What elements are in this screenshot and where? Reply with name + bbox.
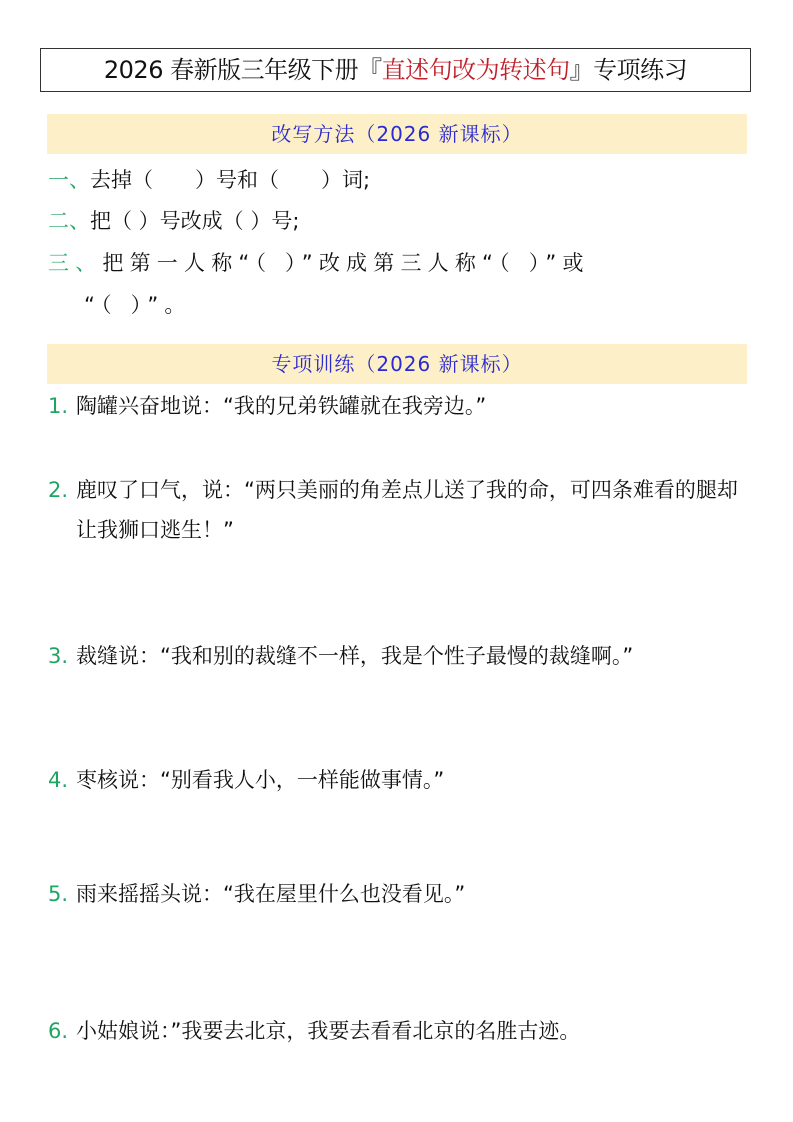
question-3: 3. 裁缝说：“我和别的裁缝不一样，我是个性子最慢的裁缝啊。” — [48, 636, 748, 676]
question-1: 1. 陶罐兴奋地说：“我的兄弟铁罐就在我旁边。” — [48, 386, 748, 426]
question-number: 4. — [48, 760, 68, 800]
method-item-2: 二、把（ ）号改成（ ）号; — [48, 205, 299, 235]
practice-heading: 专项训练（2026 新课标） — [47, 344, 747, 384]
method-text: 把（ ）号改成（ ）号; — [90, 209, 299, 233]
question-number: 3. — [48, 636, 68, 676]
question-text: 枣核说：“别看我人小，一样能做事情。” — [76, 760, 748, 800]
method-item-1: 一、去掉（ ）号和（ ）词; — [48, 164, 370, 194]
question-text: 雨来摇摇头说：“我在屋里什么也没看见。” — [76, 874, 748, 914]
method-item-3-continuation: “（ ）”。 — [84, 289, 192, 319]
question-number: 6. — [48, 1011, 68, 1051]
method-item-3: 三、把第一人称“（ ）”改成第三人称“（ ）”或 — [48, 247, 590, 277]
method-text: 把第一人称“（ ）”改成第三人称“（ ）”或 — [102, 251, 589, 275]
question-text: 陶罐兴奋地说：“我的兄弟铁罐就在我旁边。” — [76, 386, 748, 426]
method-number: 三、 — [48, 251, 102, 275]
title-highlight: 直述句改为转述句 — [382, 56, 570, 84]
question-4: 4. 枣核说：“别看我人小，一样能做事情。” — [48, 760, 748, 800]
method-text: 去掉（ ）号和（ ）词; — [90, 168, 370, 192]
question-text: 裁缝说：“我和别的裁缝不一样，我是个性子最慢的裁缝啊。” — [76, 636, 716, 676]
question-number: 1. — [48, 386, 68, 426]
question-5: 5. 雨来摇摇头说：“我在屋里什么也没看见。” — [48, 874, 748, 914]
question-number: 5. — [48, 874, 68, 914]
method-number: 二、 — [48, 209, 90, 233]
question-text: 鹿叹了口气，说：“两只美丽的角差点儿送了我的命，可四条难看的腿却让我狮口逃生！” — [76, 470, 748, 550]
title-suffix: 』专项练习 — [570, 56, 688, 84]
question-6: 6. 小姑娘说：”我要去北京，我要去看看北京的名胜古迹。 — [48, 1011, 748, 1051]
methods-heading: 改写方法（2026 新课标） — [47, 114, 747, 154]
page-title: 2026 春新版三年级下册『直述句改为转述句』专项练习 — [40, 48, 751, 92]
question-2: 2. 鹿叹了口气，说：“两只美丽的角差点儿送了我的命，可四条难看的腿却让我狮口逃… — [48, 470, 748, 550]
question-text: 小姑娘说：”我要去北京，我要去看看北京的名胜古迹。 — [76, 1011, 748, 1051]
title-prefix: 2026 春新版三年级下册『 — [104, 56, 382, 84]
question-number: 2. — [48, 470, 68, 510]
method-number: 一、 — [48, 168, 90, 192]
